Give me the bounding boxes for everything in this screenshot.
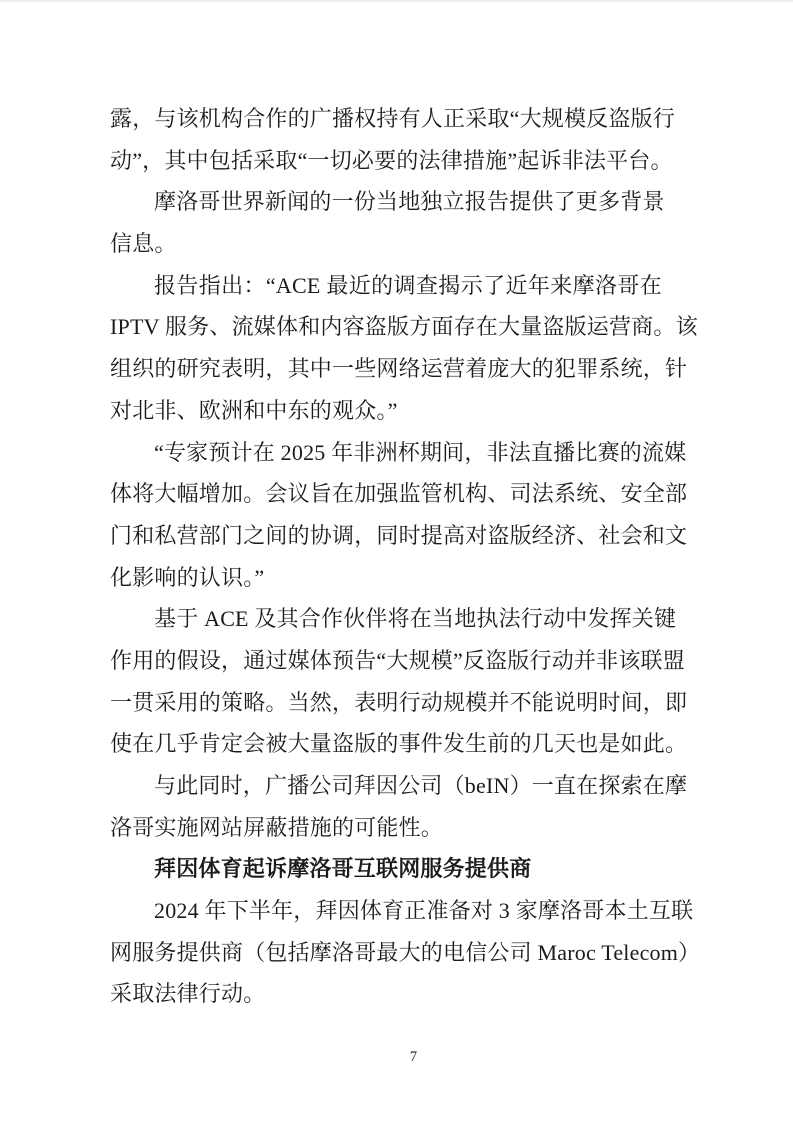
text-line: “专家预计在 2025 年非洲杯期间，非法直播比赛的流媒 [110, 432, 662, 474]
text-line: 采取法律行动。 [110, 973, 662, 1015]
text-line: 作用的假设，通过媒体预告“大规模”反盗版行动并非该联盟 [110, 640, 662, 682]
text-line: 露，与该机构合作的广播权持有人正采取“大规模反盗版行 [110, 98, 662, 140]
text-line: 动”，其中包括采取“一切必要的法律措施”起诉非法平台。 [110, 140, 662, 182]
section-heading: 拜因体育起诉摩洛哥互联网服务提供商 [110, 848, 662, 890]
text-line: 体将大幅增加。会议旨在加强监管机构、司法系统、安全部 [110, 473, 662, 515]
text-line: IPTV 服务、流媒体和内容盗版方面存在大量盗版运营商。该 [110, 306, 662, 348]
document-page: 露，与该机构合作的广播权持有人正采取“大规模反盗版行动”，其中包括采取“一切必要… [0, 0, 793, 1122]
page-number: 7 [376, 1048, 417, 1066]
text-line: 化影响的认识。” [110, 557, 662, 599]
text-line: 组织的研究表明，其中一些网络运营着庞大的犯罪系统，针 [110, 348, 662, 390]
text-line: 一贯采用的策略。当然，表明行动规模并不能说明时间，即 [110, 682, 662, 724]
text-line: 网服务提供商（包括摩洛哥最大的电信公司 Maroc Telecom） [110, 932, 662, 974]
text-line: 与此同时，广播公司拜因公司（beIN）一直在探索在摩 [110, 765, 662, 807]
text-line: 摩洛哥世界新闻的一份当地独立报告提供了更多背景 [110, 181, 662, 223]
text-line: 信息。 [110, 223, 662, 265]
text-line: 使在几乎肯定会被大量盗版的事件发生前的几天也是如此。 [110, 723, 662, 765]
text-line: 洛哥实施网站屏蔽措施的可能性。 [110, 807, 662, 849]
text-line: 报告指出：“ACE 最近的调查揭示了近年来摩洛哥在 [110, 265, 662, 307]
text-line: 门和私营部门之间的协调，同时提高对盗版经济、社会和文 [110, 515, 662, 557]
text-line: 基于 ACE 及其合作伙伴将在当地执法行动中发挥关键 [110, 598, 662, 640]
text-line: 2024 年下半年，拜因体育正准备对 3 家摩洛哥本土互联 [110, 890, 662, 932]
page-body: 露，与该机构合作的广播权持有人正采取“大规模反盗版行动”，其中包括采取“一切必要… [110, 98, 662, 1015]
page-footer: 7 [0, 1048, 793, 1066]
text-line: 对北非、欧洲和中东的观众。” [110, 390, 662, 432]
